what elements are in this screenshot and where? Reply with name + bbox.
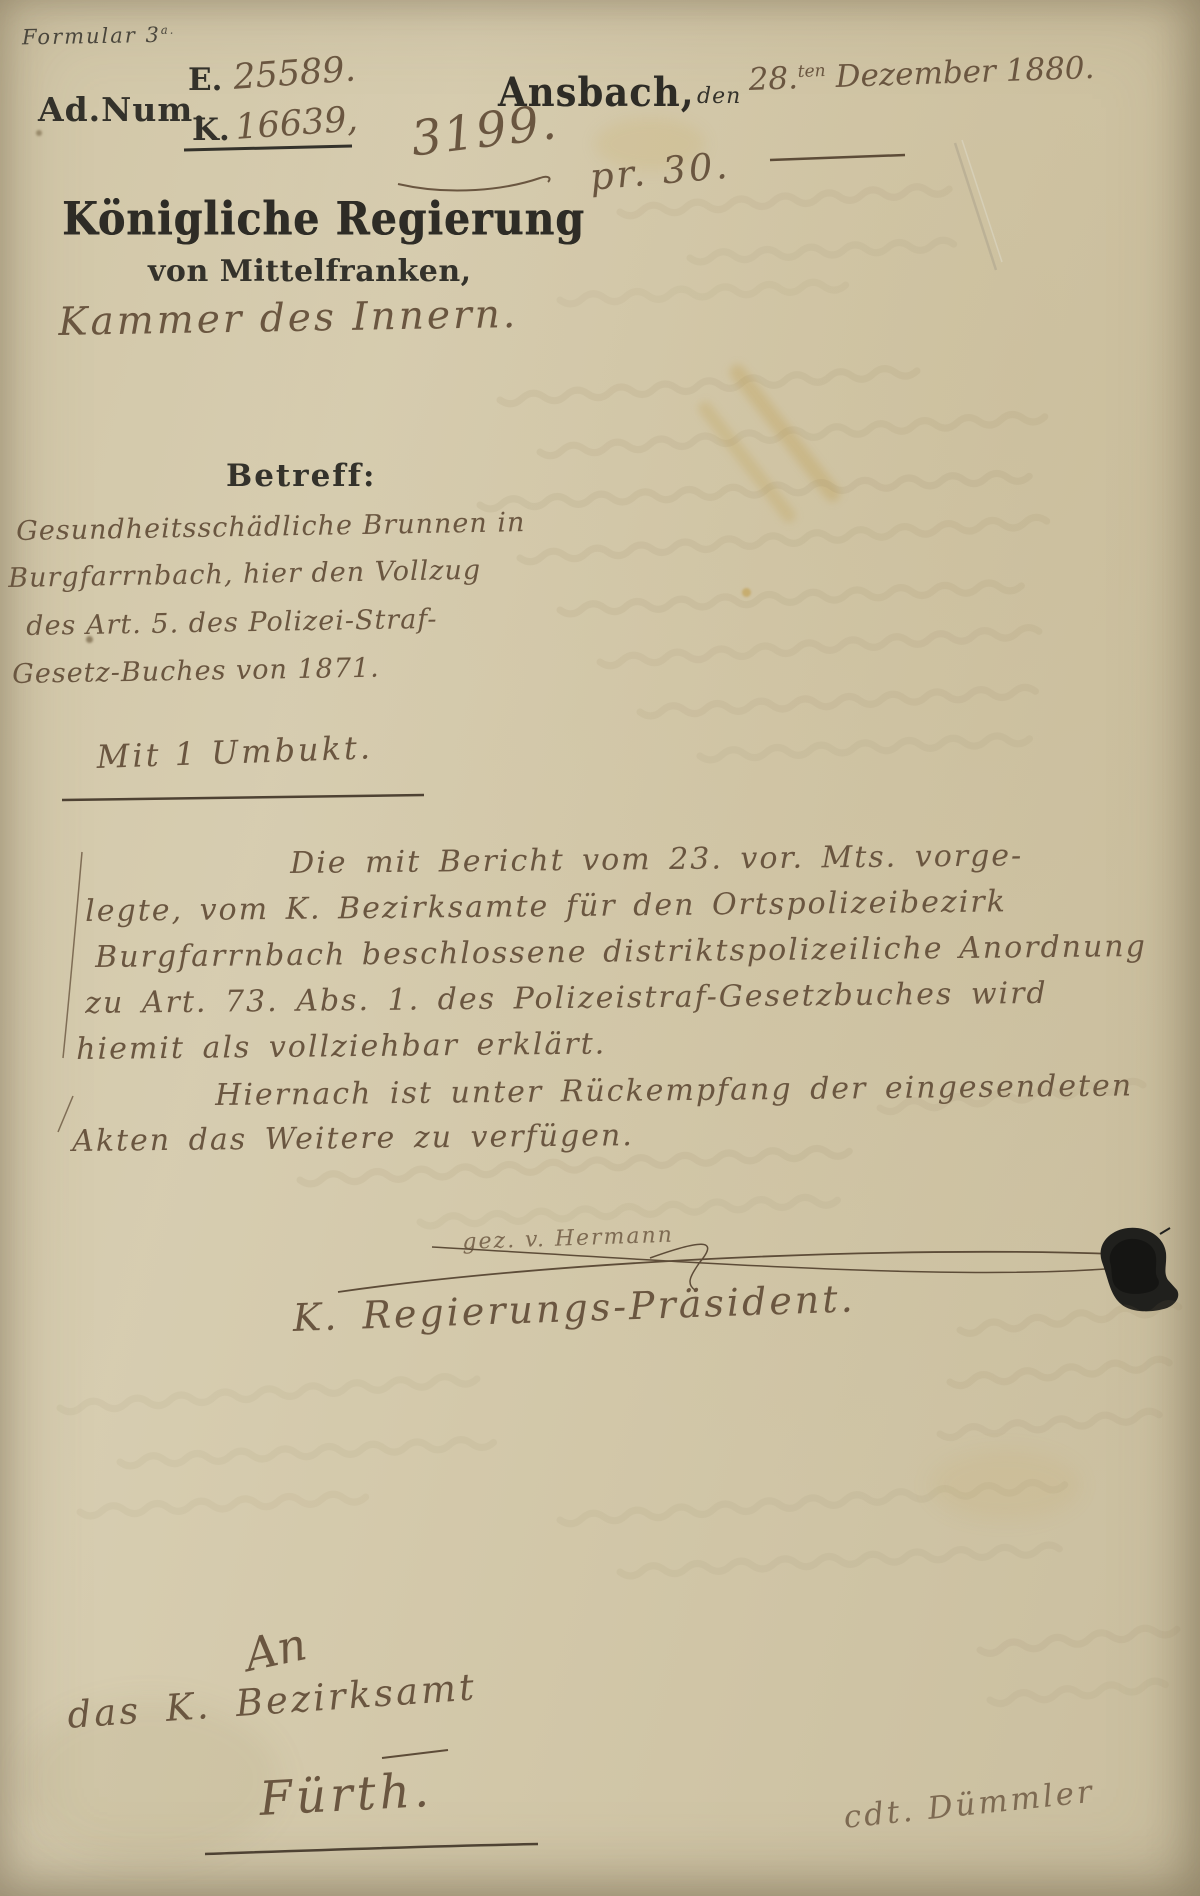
ghost-writing-line: [960, 1303, 1180, 1335]
ghost-writing-line: [500, 366, 918, 404]
ghost-writing-line: [560, 281, 846, 305]
document-page: Formular 3a. Ad.Num. E. 25589. K. 16639,…: [0, 0, 1200, 1896]
received-note: pr. 30.: [588, 144, 732, 199]
ghost-writing-line: [60, 1374, 478, 1412]
paper-stain: [742, 588, 751, 597]
ghost-writing-line: [620, 1544, 1060, 1576]
body-line: Hiernach ist unter Rückempfang der einge…: [215, 1068, 1133, 1113]
body-line: legte, vom K. Bezirksamte für den Ortspo…: [85, 884, 1007, 929]
paper-stain: [36, 130, 42, 136]
ghost-writing-line: [990, 1680, 1166, 1704]
subject-line: Gesetz-Buches von 1871.: [12, 653, 380, 690]
ghost-writing-line: [420, 1196, 838, 1227]
ghost-stamp: [726, 361, 843, 505]
body-line: zu Art. 73. Abs. 1. des Polizeistraf-Ges…: [85, 976, 1048, 1021]
form-label-sup: a.: [161, 23, 176, 37]
ghost-writing-line: [980, 1625, 1178, 1655]
ghost-writing-line: [480, 472, 1030, 510]
address-underline: [205, 1844, 538, 1854]
subject-label: Betreff:: [226, 458, 376, 494]
reference-lower-number: 16639,: [234, 99, 359, 147]
ghost-writing-line: [560, 1480, 1065, 1524]
reference-upper-label: E.: [188, 62, 222, 98]
signature-title: K. Regierungs-Präsident.: [292, 1276, 856, 1340]
ghost-writing-line: [600, 627, 1040, 667]
ghost-writing-line: [520, 517, 1047, 563]
letterhead-line3: Kammer des Innern.: [58, 292, 519, 345]
countersignature: cdt. Dümmler: [842, 1774, 1096, 1836]
date-suffix: ten: [797, 61, 826, 82]
address-salutation: An: [240, 1617, 311, 1682]
subject-line: Gesundheitsschädliche Brunnen in: [16, 507, 526, 547]
paper-stain: [930, 1450, 1080, 1520]
reference-lower-label: K.: [192, 112, 230, 148]
date-underline: [770, 155, 905, 160]
body-line: Die mit Bericht vom 23. vor. Mts. vorge-: [290, 838, 1023, 881]
dateline-den: den: [697, 84, 741, 109]
date-rest: Dezember 1880.: [825, 50, 1095, 95]
crease-line: [955, 143, 996, 270]
form-label: Formular 3a.: [22, 23, 176, 50]
ghost-writing-line: [80, 1493, 366, 1517]
subject-line: Burgfarrnbach, hier den Vollzug: [8, 555, 481, 594]
subject-line: des Art. 5. des Polizei-Straf-: [26, 604, 438, 642]
reference-upper-number: 25589.: [232, 49, 357, 97]
crease-line: [962, 140, 1002, 262]
ghost-stamp: [695, 399, 798, 526]
ghost-writing-line: [940, 1410, 1160, 1438]
margin-stroke: [63, 852, 82, 1058]
dateline-place: Ansbach,: [498, 68, 695, 116]
letterhead-line1: Königliche Regierung: [62, 192, 585, 246]
letterhead-line2: von Mittelfranken,: [148, 254, 472, 289]
address-line2: Fürth.: [258, 1763, 434, 1827]
ghost-writing-line: [560, 581, 1022, 614]
ghost-writing-line: [950, 1358, 1170, 1386]
ghost-writing-line: [540, 412, 1045, 456]
ghost-writing-line: [120, 1438, 494, 1467]
dateline-date: 28.ten Dezember 1880.: [748, 50, 1095, 98]
enclosure-underline: [62, 795, 424, 800]
enclosure-note: Mit 1 Umbukt.: [96, 728, 374, 776]
ink-blot: [1101, 1228, 1179, 1312]
body-line: hiemit als vollziehbar erklärt.: [76, 1026, 606, 1067]
form-label-base: Formular 3: [22, 23, 161, 49]
date-day: 28.: [748, 60, 799, 98]
ghost-writing-line: [700, 734, 1030, 760]
address-underline-small: [382, 1750, 448, 1758]
reference-prefix: Ad.Num.: [38, 90, 206, 129]
body-line: Burgfarrnbach beschlossene distriktspoli…: [95, 929, 1147, 975]
docket-underline: [398, 177, 550, 191]
margin-slash: [58, 1096, 73, 1132]
ghost-writing-line: [690, 240, 954, 263]
body-line: Akten das Weitere zu verfügen.: [72, 1118, 634, 1159]
ghost-writing-line: [640, 687, 1036, 717]
signed-note: gez. v. Hermann: [462, 1223, 674, 1255]
